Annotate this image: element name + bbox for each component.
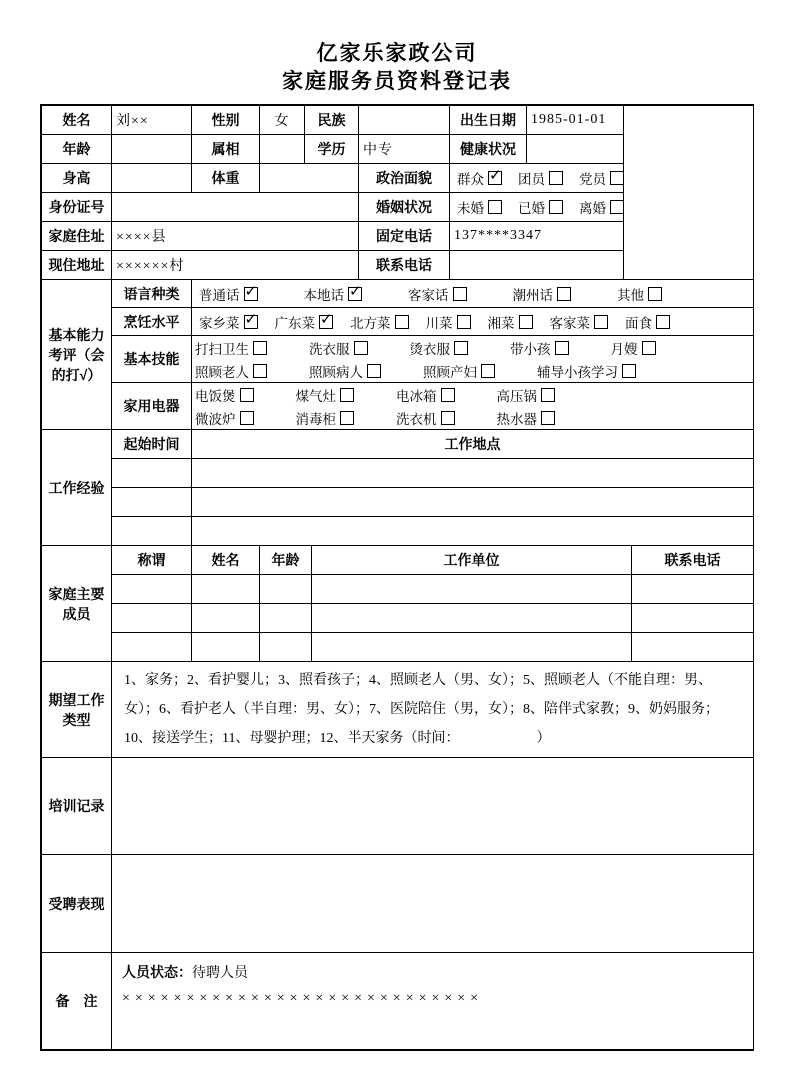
checkbox-option-label: 打扫卫生 (195, 338, 249, 358)
checkbox-option-label: 党员 (579, 168, 606, 188)
checkbox-unchecked[interactable] (642, 341, 656, 355)
cooking-options: 家乡菜✓广东菜✓北方菜川菜湘菜客家菜面食 (192, 308, 754, 336)
zodiac-label: 属相 (192, 135, 260, 164)
checkbox-option-label: 群众 (457, 168, 484, 188)
weight-label: 体重 (192, 164, 260, 193)
checkbox-unchecked[interactable] (253, 364, 267, 378)
member-age-header: 年龄 (260, 546, 312, 575)
checkbox-unchecked[interactable] (240, 411, 254, 425)
checkbox-option-label: 客家菜 (550, 312, 591, 332)
empty-cell[interactable] (112, 488, 192, 517)
gender-value[interactable]: 女 (260, 106, 305, 135)
height-value[interactable] (112, 164, 192, 193)
checkbox-option: 广东菜✓ (275, 312, 334, 332)
age-value[interactable] (112, 135, 192, 164)
checkbox-option: 电冰箱 (396, 385, 455, 405)
checkbox-option-label: 月嫂 (611, 338, 638, 358)
checkbox-option-label: 客家话 (408, 284, 449, 304)
empty-cell[interactable] (312, 633, 632, 662)
cooking-row-label: 烹饪水平 (112, 308, 192, 336)
checkbox-option-label: 潮州话 (513, 284, 554, 304)
check-mark-icon: ✓ (489, 166, 502, 184)
checkbox-unchecked[interactable] (488, 200, 502, 214)
checkbox-option-label: 未婚 (457, 197, 484, 217)
checkbox-checked[interactable]: ✓ (244, 287, 258, 301)
checkbox-option-label: 煤气灶 (296, 385, 337, 405)
checkbox-unchecked[interactable] (594, 315, 608, 329)
employment-performance-section-label: 受聘表现 (42, 855, 112, 953)
birth-date-value[interactable]: 1985-01-01 (527, 106, 624, 135)
start-time-header: 起始时间 (112, 430, 192, 459)
empty-cell[interactable] (192, 575, 260, 604)
landline-label: 固定电话 (359, 222, 450, 251)
checkbox-checked[interactable]: ✓ (488, 171, 502, 185)
checkbox-option: 党员 (579, 168, 624, 188)
remarks-crossed-line: ×××××××××××××××××××××××××××× (122, 986, 743, 1012)
age-label: 年龄 (42, 135, 112, 164)
checkbox-option: 川菜 (426, 312, 471, 332)
checkbox-unchecked[interactable] (541, 388, 555, 402)
marital-status-label: 婚姻状况 (359, 193, 450, 222)
empty-cell[interactable] (632, 633, 754, 662)
current-address-value[interactable]: ××××××村 (112, 251, 359, 280)
page-title: 亿家乐家政公司 家庭服务员资料登记表 (0, 40, 794, 96)
personnel-status-value: 待聘人员 (192, 966, 248, 981)
ability-section-label: 基本能力考评（会的打√） (42, 280, 112, 430)
empty-row (42, 575, 754, 604)
checkbox-option-label: 消毒柜 (296, 408, 337, 428)
education-value[interactable]: 中专 (359, 135, 450, 164)
checkbox-option: 已婚 (518, 197, 563, 217)
empty-row (42, 604, 754, 633)
check-mark-icon: ✓ (245, 310, 258, 328)
checkbox-option-label: 广东菜 (275, 312, 316, 332)
remarks-section-label: 备 注 (42, 953, 112, 1050)
checkbox-option: 客家菜 (550, 312, 609, 332)
checkbox-option: 普通话✓ (199, 284, 258, 304)
checkbox-option-label: 其他 (617, 284, 644, 304)
ability-section: 基本能力考评（会的打√） 语言种类 普通话✓本地话✓客家话潮州话其他 烹饪水平 … (41, 279, 754, 430)
work-experience-section: 工作经验 起始时间 工作地点 (41, 429, 754, 546)
remarks-section: 备 注 人员状态：待聘人员 ××××××××××××××××××××××××××… (41, 952, 754, 1050)
checkbox-unchecked[interactable] (481, 364, 495, 378)
empty-cell[interactable] (260, 604, 312, 633)
checkbox-unchecked[interactable] (648, 287, 662, 301)
checkbox-option: 其他 (617, 284, 662, 304)
language-row-label: 语言种类 (112, 280, 192, 308)
checkbox-option-label: 川菜 (426, 312, 453, 332)
empty-cell[interactable] (632, 575, 754, 604)
contact-phone-label: 联系电话 (359, 251, 450, 280)
checkbox-checked[interactable]: ✓ (348, 287, 362, 301)
training-record-section-label: 培训记录 (42, 758, 112, 855)
checkbox-option-label: 面食 (625, 312, 652, 332)
id-number-value[interactable] (112, 193, 359, 222)
home-address-value[interactable]: ××××县 (112, 222, 359, 251)
checkbox-option: 热水器 (497, 408, 556, 428)
checkbox-option: 客家话 (408, 284, 467, 304)
training-record-content[interactable] (112, 758, 754, 855)
birth-date-label: 出生日期 (450, 106, 527, 135)
member-phone-header: 联系电话 (632, 546, 754, 575)
empty-cell[interactable] (312, 575, 632, 604)
appliance-options: 电饭煲煤气灶电冰箱高压锅 微波炉消毒柜洗衣机热水器 (192, 383, 754, 430)
checkbox-option: 微波炉 (195, 408, 254, 428)
check-mark-icon: ✓ (349, 282, 362, 300)
empty-cell[interactable] (112, 517, 192, 546)
family-members-section: 家庭主要成员 称谓 姓名 年龄 工作单位 联系电话 (41, 545, 754, 662)
photo-area[interactable] (624, 106, 754, 280)
checkbox-unchecked[interactable] (354, 341, 368, 355)
checkbox-unchecked[interactable] (453, 287, 467, 301)
id-number-label: 身份证号 (42, 193, 112, 222)
work-experience-section-label: 工作经验 (42, 430, 112, 546)
height-label: 身高 (42, 164, 112, 193)
checkbox-option-label: 带小孩 (510, 338, 551, 358)
name-label: 姓名 (42, 106, 112, 135)
form-page: 亿家乐家政公司 家庭服务员资料登记表 姓名 刘×× 性别 女 民族 出生日期 1… (0, 0, 794, 1051)
checkbox-option-label: 热水器 (497, 408, 538, 428)
form-title: 家庭服务员资料登记表 (0, 68, 794, 96)
expected-work-section: 期望工作类型 1、家务；2、看护婴儿；3、照看孩子；4、照顾老人（男、女）；5、… (41, 661, 754, 758)
weight-value[interactable] (260, 164, 359, 193)
check-mark-icon: ✓ (320, 310, 333, 328)
personnel-status-line: 人员状态：待聘人员 (122, 960, 743, 986)
checkbox-unchecked[interactable] (541, 411, 555, 425)
checkbox-unchecked[interactable] (340, 388, 354, 402)
checkbox-option-label: 烫衣服 (410, 338, 451, 358)
empty-cell[interactable] (312, 604, 632, 633)
checkbox-unchecked[interactable] (441, 388, 455, 402)
checkbox-unchecked[interactable] (457, 315, 471, 329)
personal-info-section: 姓名 刘×× 性别 女 民族 出生日期 1985-01-01 年龄 属相 学历 … (41, 105, 754, 280)
checkbox-option: 烫衣服 (410, 338, 469, 358)
checkbox-option: 照顾老人 (195, 361, 267, 381)
checkbox-option: 辅导小孩学习 (537, 361, 636, 381)
appliances-row-label: 家用电器 (112, 383, 192, 430)
checkbox-unchecked[interactable] (610, 200, 624, 214)
family-members-section-label: 家庭主要成员 (42, 546, 112, 662)
checkbox-option: 消毒柜 (296, 408, 355, 428)
empty-cell[interactable] (192, 517, 754, 546)
marital-status-options: 未婚已婚离婚 (450, 193, 624, 222)
checkbox-option-label: 普通话 (199, 284, 240, 304)
empty-cell[interactable] (192, 488, 754, 517)
company-title: 亿家乐家政公司 (0, 40, 794, 68)
gender-label: 性别 (192, 106, 260, 135)
checkbox-unchecked[interactable] (395, 315, 409, 329)
checkbox-option: 打扫卫生 (195, 338, 267, 358)
ethnicity-value[interactable] (359, 106, 450, 135)
checkbox-option: 面食 (625, 312, 670, 332)
employment-performance-section: 受聘表现 (41, 854, 754, 953)
skills-options: 打扫卫生洗衣服烫衣服带小孩月嫂 照顾老人照顾病人照顾产妇辅导小孩学习 (192, 336, 754, 383)
zodiac-value[interactable] (260, 135, 305, 164)
remarks-content[interactable]: 人员状态：待聘人员 ×××××××××××××××××××××××××××× (112, 953, 754, 1050)
empty-cell[interactable] (632, 604, 754, 633)
expected-work-section-label: 期望工作类型 (42, 662, 112, 758)
checkbox-checked[interactable]: ✓ (319, 315, 333, 329)
checkbox-unchecked[interactable] (253, 341, 267, 355)
checkbox-unchecked[interactable] (610, 171, 624, 185)
empty-cell[interactable] (260, 633, 312, 662)
check-mark-icon: ✓ (245, 282, 258, 300)
empty-cell[interactable] (112, 575, 192, 604)
checkbox-option-label: 家乡菜 (199, 312, 240, 332)
checkbox-option-label: 离婚 (579, 197, 606, 217)
checkbox-unchecked[interactable] (557, 287, 571, 301)
empty-cell[interactable] (260, 575, 312, 604)
personnel-status-label: 人员状态： (122, 964, 192, 980)
contact-phone-value[interactable] (450, 251, 624, 280)
checkbox-unchecked[interactable] (656, 315, 670, 329)
empty-cell[interactable] (112, 633, 192, 662)
checkbox-option-label: 洗衣机 (396, 408, 437, 428)
empty-row (42, 517, 754, 546)
checkbox-option-label: 微波炉 (195, 408, 236, 428)
checkbox-unchecked[interactable] (454, 341, 468, 355)
checkbox-unchecked[interactable] (555, 341, 569, 355)
checkbox-option: 洗衣机 (396, 408, 455, 428)
education-label: 学历 (305, 135, 359, 164)
checkbox-checked[interactable]: ✓ (244, 315, 258, 329)
checkbox-option-label: 照顾产妇 (423, 361, 477, 381)
checkbox-option: 家乡菜✓ (199, 312, 258, 332)
checkbox-option: 北方菜 (350, 312, 409, 332)
empty-row (42, 459, 754, 488)
checkbox-option: 未婚 (457, 197, 502, 217)
skills-row-label: 基本技能 (112, 336, 192, 383)
home-address-label: 家庭住址 (42, 222, 112, 251)
employment-performance-content[interactable] (112, 855, 754, 953)
expected-work-text: 1、家务；2、看护婴儿；3、照看孩子；4、照顾老人（男、女）；5、照顾老人（不能… (112, 662, 754, 758)
checkbox-unchecked[interactable] (519, 315, 533, 329)
current-address-label: 现住地址 (42, 251, 112, 280)
checkbox-option: 电饭煲 (195, 385, 254, 405)
checkbox-option: 湘菜 (488, 312, 533, 332)
checkbox-option: 潮州话 (513, 284, 572, 304)
checkbox-unchecked[interactable] (367, 364, 381, 378)
landline-value[interactable]: 137****3347 (450, 222, 624, 251)
checkbox-unchecked[interactable] (549, 171, 563, 185)
checkbox-option-label: 高压锅 (497, 385, 538, 405)
checkbox-option: 本地话✓ (304, 284, 363, 304)
checkbox-option-label: 北方菜 (350, 312, 391, 332)
checkbox-option-label: 辅导小孩学习 (537, 361, 618, 381)
checkbox-unchecked[interactable] (622, 364, 636, 378)
checkbox-option-label: 已婚 (518, 197, 545, 217)
work-place-header: 工作地点 (192, 430, 754, 459)
checkbox-option-label: 照顾病人 (309, 361, 363, 381)
empty-row (42, 488, 754, 517)
checkbox-unchecked[interactable] (549, 200, 563, 214)
name-value[interactable]: 刘×× (112, 106, 192, 135)
empty-cell[interactable] (112, 604, 192, 633)
ethnicity-label: 民族 (305, 106, 359, 135)
checkbox-option-label: 本地话 (304, 284, 345, 304)
checkbox-option: 月嫂 (611, 338, 656, 358)
empty-row (42, 633, 754, 662)
checkbox-unchecked[interactable] (340, 411, 354, 425)
checkbox-unchecked[interactable] (240, 388, 254, 402)
health-label: 健康状况 (450, 135, 527, 164)
checkbox-option: 群众✓ (457, 168, 502, 188)
empty-cell[interactable] (192, 604, 260, 633)
language-options: 普通话✓本地话✓客家话潮州话其他 (192, 280, 754, 308)
checkbox-option: 洗衣服 (309, 338, 368, 358)
relation-header: 称谓 (112, 546, 192, 575)
checkbox-option-label: 照顾老人 (195, 361, 249, 381)
political-status-label: 政治面貌 (359, 164, 450, 193)
checkbox-option-label: 电饭煲 (195, 385, 236, 405)
checkbox-option-label: 湘菜 (488, 312, 515, 332)
work-unit-header: 工作单位 (312, 546, 632, 575)
checkbox-option-label: 洗衣服 (309, 338, 350, 358)
empty-cell[interactable] (112, 459, 192, 488)
registration-form-table: 姓名 刘×× 性别 女 民族 出生日期 1985-01-01 年龄 属相 学历 … (40, 104, 754, 1051)
political-status-options: 群众✓团员党员 (450, 164, 624, 193)
checkbox-option: 带小孩 (510, 338, 569, 358)
checkbox-option: 离婚 (579, 197, 624, 217)
member-name-header: 姓名 (192, 546, 260, 575)
checkbox-option: 照顾病人 (309, 361, 381, 381)
empty-cell[interactable] (192, 633, 260, 662)
checkbox-option-label: 电冰箱 (396, 385, 437, 405)
checkbox-unchecked[interactable] (441, 411, 455, 425)
checkbox-option: 高压锅 (497, 385, 556, 405)
health-value[interactable] (527, 135, 624, 164)
checkbox-option-label: 团员 (518, 168, 545, 188)
training-record-section: 培训记录 (41, 757, 754, 855)
empty-cell[interactable] (192, 459, 754, 488)
checkbox-option: 团员 (518, 168, 563, 188)
checkbox-option: 煤气灶 (296, 385, 355, 405)
checkbox-option: 照顾产妇 (423, 361, 495, 381)
